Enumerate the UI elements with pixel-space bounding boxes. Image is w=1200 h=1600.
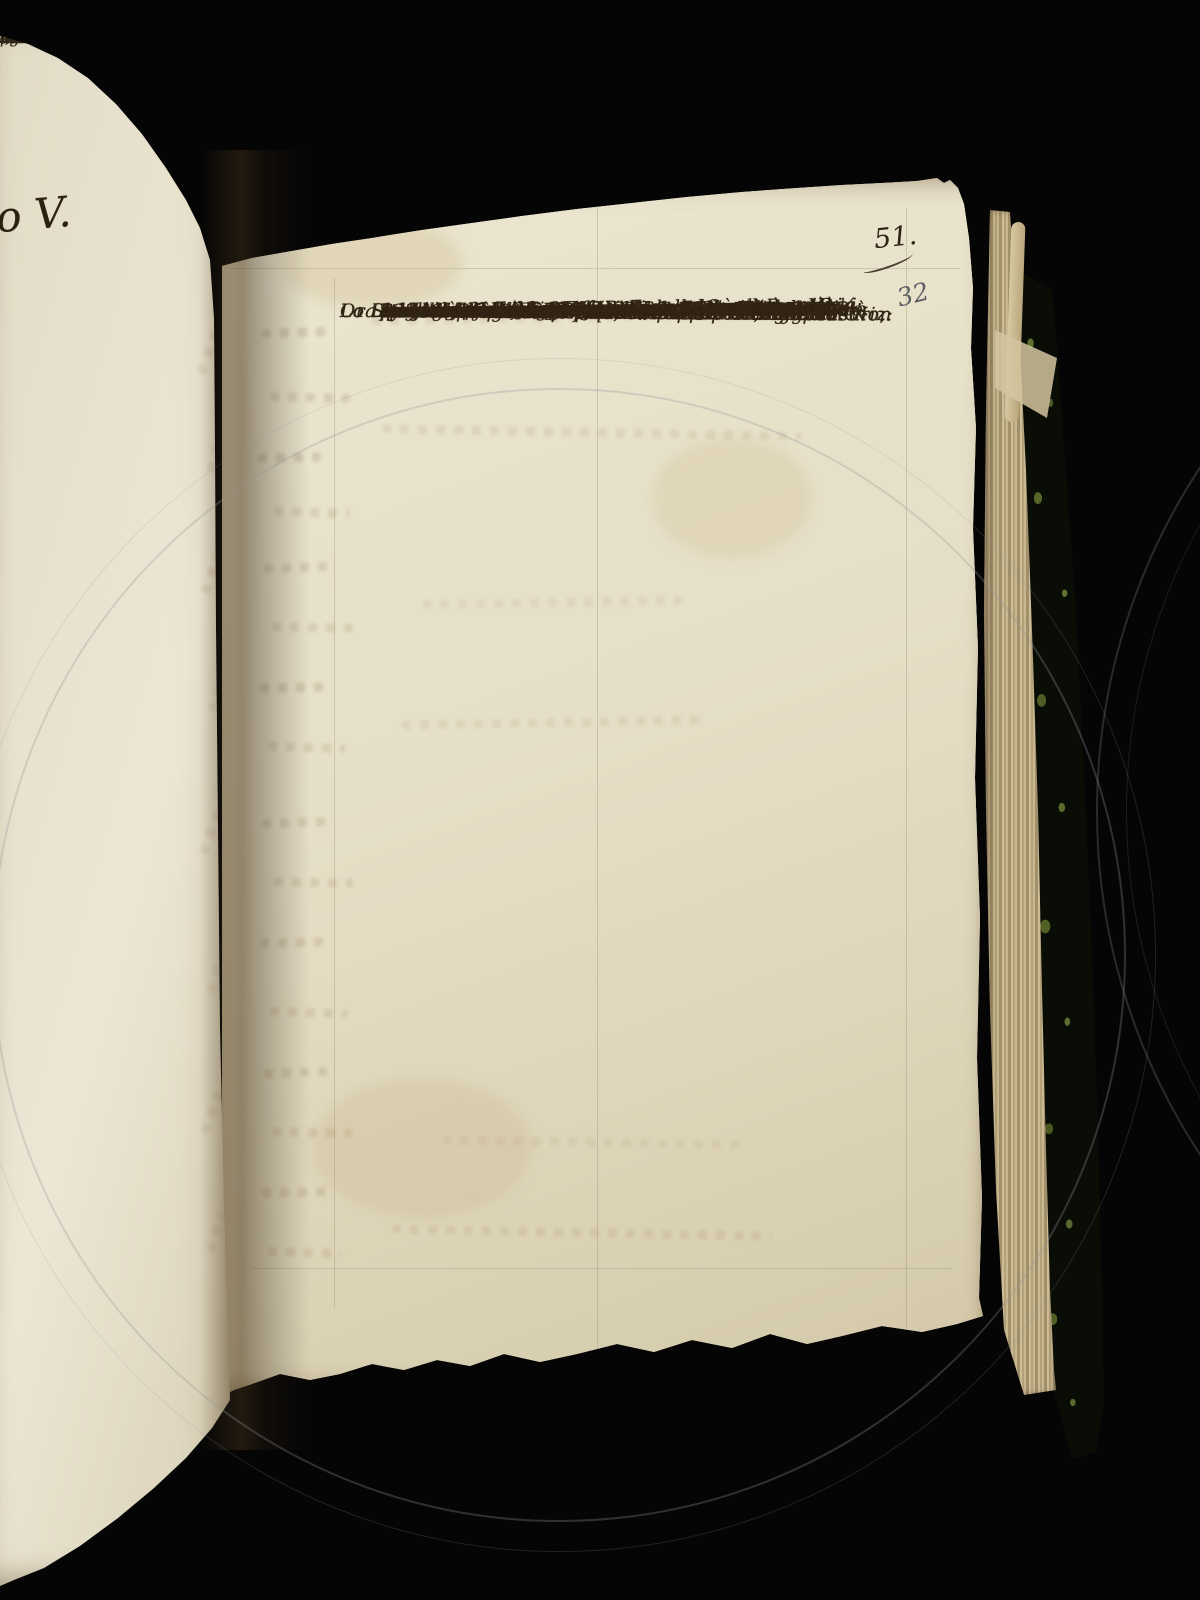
- bleedthrough-mark: [270, 392, 350, 402]
- bleedthrough-mark: [260, 937, 324, 947]
- bleedthrough-mark: [260, 682, 326, 692]
- bleedthrough-mark: [382, 424, 802, 440]
- bleedthrough-mark: [258, 452, 322, 462]
- bleedthrough-mark: [392, 1225, 772, 1241]
- watermark-circle: [1096, 186, 1200, 1436]
- bleedthrough-mark: [272, 1127, 352, 1137]
- left-page: o V. tabilito fondo dell'Orenza del suo …: [0, 28, 238, 1588]
- bleedthrough-mark: [262, 327, 332, 338]
- right-page: 51. 32 :zontale di Brac.ᵃ 11 ¼ —Lo Sbocc…: [222, 178, 987, 1398]
- bleedthrough-mark: [264, 562, 334, 573]
- manuscript-photo: 51. 32 :zontale di Brac.ᵃ 11 ¼ —Lo Sbocc…: [0, 0, 1200, 1600]
- bleedthrough-mark: [262, 817, 334, 829]
- bleedthrough-layer: [0, 28, 238, 1588]
- bleedthrough-mark: [264, 1067, 334, 1078]
- bleedthrough-mark: [442, 1135, 742, 1149]
- bleedthrough-mark: [197, 329, 221, 375]
- watermark-circle: [1126, 216, 1200, 1406]
- bleedthrough-layer: [222, 178, 987, 1398]
- bleedthrough-mark: [201, 550, 223, 595]
- bleedthrough-mark: [274, 877, 354, 887]
- bleedthrough-mark: [199, 809, 223, 855]
- manuscript-line-fragment: ide del primo Problema: [0, 28, 190, 47]
- bleedthrough-mark: [268, 1247, 342, 1259]
- bleedthrough-mark: [274, 507, 350, 519]
- bleedthrough-mark: [270, 1007, 348, 1019]
- bleedthrough-mark: [201, 1090, 224, 1135]
- bleedthrough-mark: [206, 1212, 226, 1253]
- manuscript-line: Io ne ho degli esempi nel Fiume Arno, ne…: [380, 294, 886, 333]
- bleedthrough-mark: [402, 715, 702, 729]
- bleedthrough-mark: [262, 1187, 328, 1197]
- bleedthrough-mark: [272, 622, 354, 632]
- bleedthrough-mark: [422, 596, 682, 610]
- bleedthrough-mark: [268, 742, 346, 754]
- page-number-ink: 51.: [872, 220, 918, 255]
